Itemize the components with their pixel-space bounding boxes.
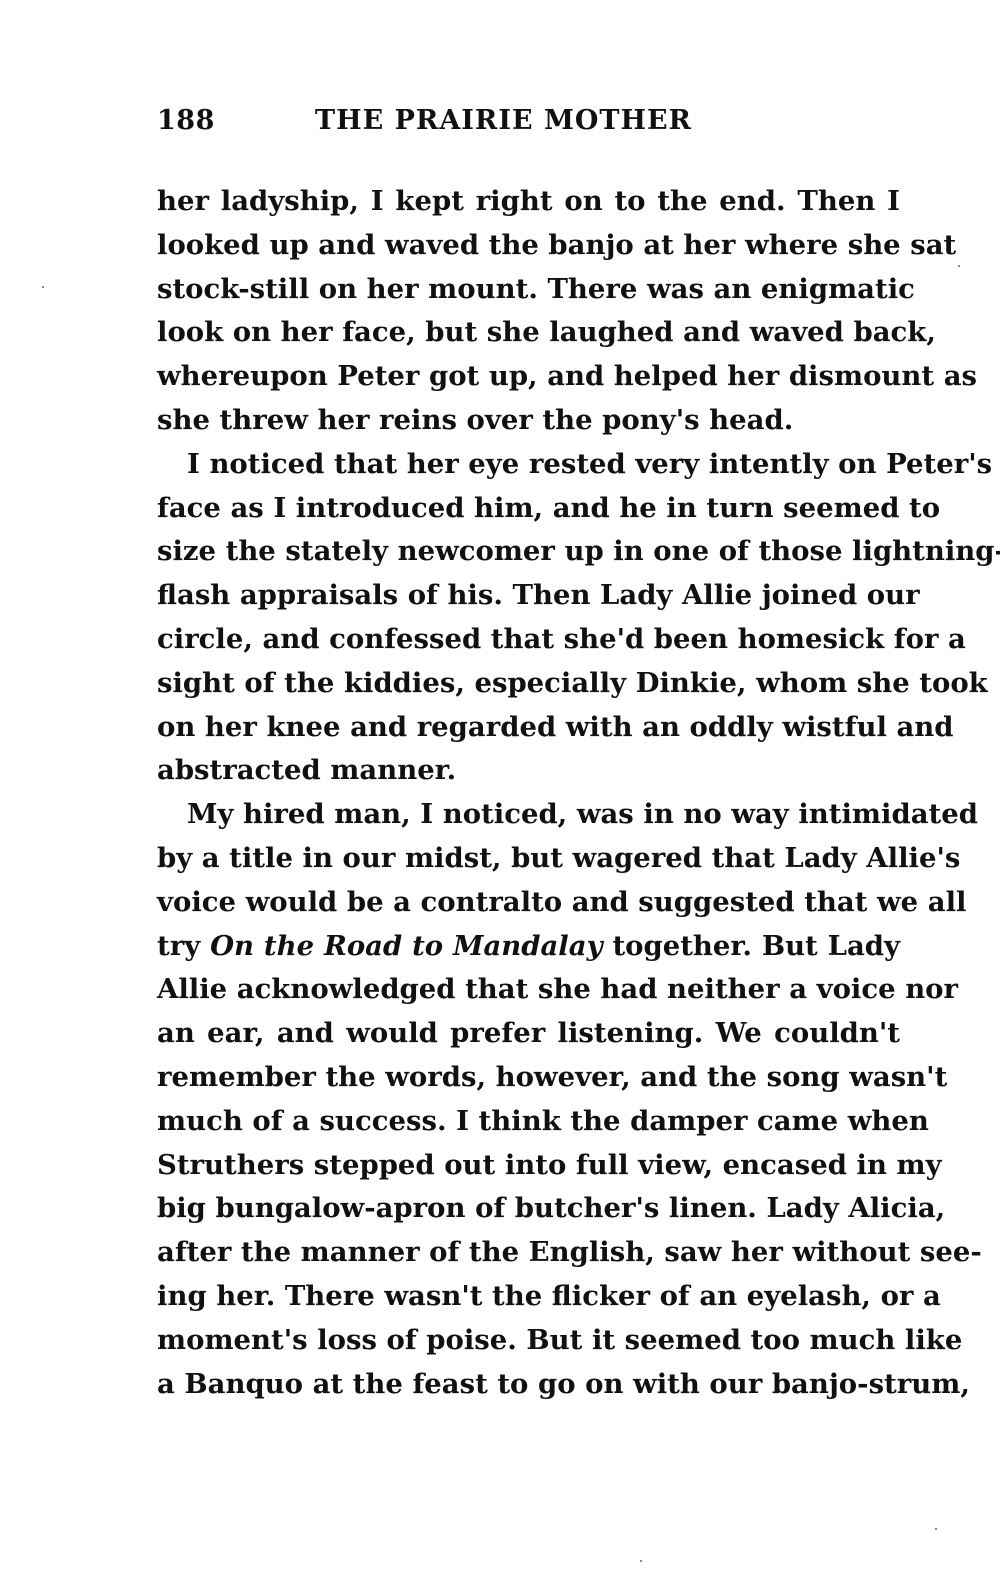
text-line: whereupon Peter got up, and helped her d… [157, 355, 900, 399]
running-title: THE PRAIRIE MOTHER [315, 105, 692, 136]
text-line: face as I introduced him, and he in turn… [157, 487, 900, 531]
text-line: I noticed that her eye rested very inten… [157, 443, 900, 487]
text-line: look on her face, but she laughed and wa… [157, 311, 900, 355]
text-line: sight of the kiddies, especially Dinkie,… [157, 662, 900, 706]
page-number: 188 [157, 105, 215, 136]
text-line: by a title in our midst, but wagered tha… [157, 837, 900, 881]
text-line: size the stately newcomer up in one of t… [157, 530, 900, 574]
song-title: On the Road to Mandalay [210, 930, 603, 962]
text-line: much of a success. I think the damper ca… [157, 1100, 900, 1144]
text-line: her ladyship, I kept right on to the end… [157, 180, 900, 224]
text-line: flash appraisals of his. Then Lady Allie… [157, 574, 900, 618]
scan-speck [640, 1560, 642, 1562]
text-line: on her knee and regarded with an oddly w… [157, 706, 900, 750]
text-line: an ear, and would prefer listening. We c… [157, 1012, 900, 1056]
running-header: 188 THE PRAIRIE MOTHER [157, 105, 917, 145]
text-line: stock-still on her mount. There was an e… [157, 268, 900, 312]
text-line: circle, and confessed that she'd been ho… [157, 618, 900, 662]
body-text: her ladyship, I kept right on to the end… [157, 180, 900, 1406]
scan-speck [958, 265, 960, 267]
scan-speck [935, 1528, 937, 1530]
scan-speck [42, 286, 44, 288]
text-line: looked up and waved the banjo at her whe… [157, 224, 900, 268]
text-line: My hired man, I noticed, was in no way i… [157, 793, 900, 837]
text-line: voice would be a contralto and suggested… [157, 881, 900, 925]
text-line: after the manner of the English, saw her… [157, 1231, 900, 1275]
text-line: ing her. There wasn't the flicker of an … [157, 1275, 900, 1319]
text-line: moment's loss of poise. But it seemed to… [157, 1319, 900, 1363]
text-line: big bungalow-apron of butcher's linen. L… [157, 1187, 900, 1231]
text-line: she threw her reins over the pony's head… [157, 399, 900, 443]
text-fragment: try [157, 930, 210, 962]
text-line: Struthers stepped out into full view, en… [157, 1144, 900, 1188]
text-line: Allie acknowledged that she had neither … [157, 968, 900, 1012]
text-fragment: together. But Lady [603, 930, 900, 962]
text-line-with-italic-title: try On the Road to Mandalay together. Bu… [157, 925, 900, 969]
text-line: remember the words, however, and the son… [157, 1056, 900, 1100]
text-line: abstracted manner. [157, 749, 900, 793]
text-line: a Banquo at the feast to go on with our … [157, 1363, 900, 1407]
